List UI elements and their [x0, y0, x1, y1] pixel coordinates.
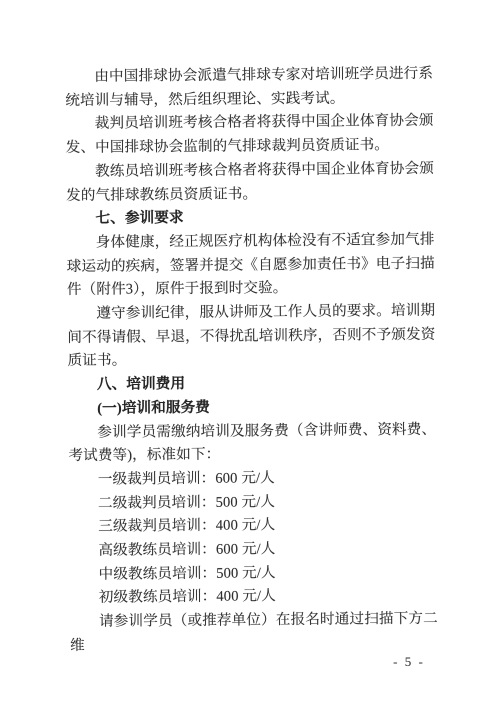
fee-line: 一级裁判员培训：600 元/人: [69, 466, 437, 493]
body-paragraph: 遵守参训纪律，服从讲师及工作人员的要求。培训期间不得请假、早退，不得扰乱培训秩序…: [67, 300, 436, 374]
fee-line: 中级教练员培训：500 元/人: [69, 561, 437, 588]
fee-line: 三级裁判员培训：400 元/人: [69, 513, 437, 540]
body-paragraph: 裁判员培训班考核合格者将获得中国企业体育协会颁发、中国排球协会监制的气排球裁判员…: [65, 110, 433, 161]
fee-line: 初级教练员培训：400 元/人: [70, 584, 438, 611]
body-paragraph: 由中国排球协会派遣气排球专家对培训班学员进行系统培训与辅导，然后组织理论、实践考…: [65, 63, 433, 114]
body-paragraph: 参训学员需缴纳培训及服务费（含讲师费、资料费、考试费等)，标准如下：: [68, 418, 436, 469]
section-heading: 八、培训费用: [68, 371, 436, 398]
fee-line: 二级裁判员培训：500 元/人: [69, 489, 437, 516]
document-page: 由中国排球协会派遣气排球专家对培训班学员进行系统培训与辅导，然后组织理论、实践考…: [0, 0, 500, 706]
fee-line: 高级教练员培训：600 元/人: [69, 537, 437, 564]
body-paragraph: 教练员培训班考核合格者将获得中国企业体育协会颁发的气排球教练员资质证书。: [66, 158, 434, 209]
body-paragraph: 身体健康，经正规医疗机构体检没有不适宜参加气排球运动的疾病，签署并提交《自愿参加…: [66, 229, 435, 303]
sub-section-heading: (一)培训和服务费: [68, 395, 436, 422]
document-body: 由中国排球协会派遣气排球专家对培训班学员进行系统培训与辅导，然后组织理论、实践考…: [65, 63, 438, 659]
page-number: - 5 -: [383, 654, 435, 670]
body-paragraph: 请参训学员（或推荐单位）在报名时通过扫描下方二维: [70, 608, 438, 659]
section-heading: 七、参训要求: [66, 205, 434, 232]
